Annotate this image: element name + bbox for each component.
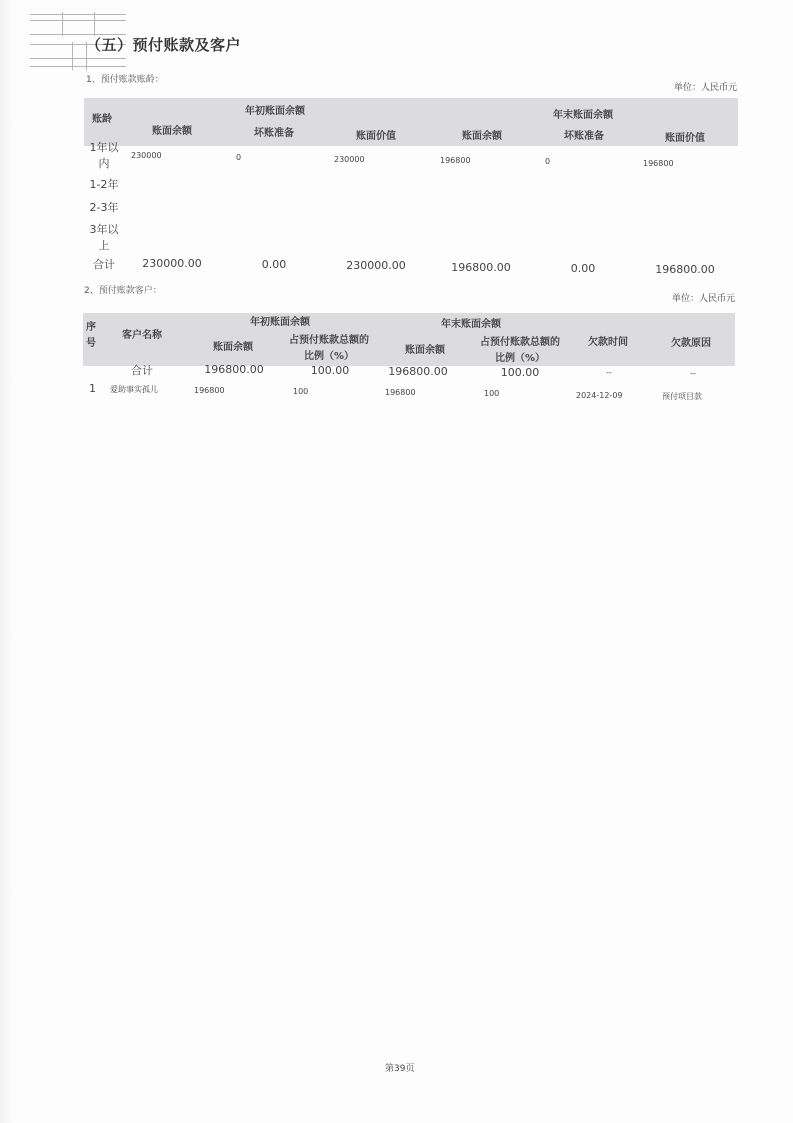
row-age-3plus-line2: 上 [99,237,110,253]
total-label: 合计 [93,256,115,272]
total-label: 合计 [131,362,153,378]
total-end-value: 196800.00 [655,263,715,276]
cell-begin-ratio: 100 [293,387,308,396]
header-seq-line2: 号 [86,334,96,349]
cell-begin-value: 230000 [334,155,365,164]
total-begin-balance: 230000.00 [142,257,202,270]
header-due-time: 欠款时间 [588,333,628,348]
total-end-balance: 196800.00 [388,365,448,378]
cell-begin-allowance: 0 [236,153,241,162]
row-age-1-2: 1-2年 [90,176,119,192]
cell-begin-balance: 230000 [131,151,162,160]
header-seq-line1: 序 [86,318,96,333]
customer-table-unit: 单位：人民币元 [672,291,735,304]
header-customer: 客户名称 [122,326,162,341]
total-begin-value: 230000.00 [346,259,406,272]
cell-end-balance: 196800 [385,388,416,397]
cell-end-allowance: 0 [545,157,550,166]
row-age-line1: 1年以 [90,139,119,155]
header-end-ratio-line1: 占预付账款总额的 [480,333,560,348]
row-age-2-3: 2-3年 [90,199,119,215]
header-end-value: 账面价值 [665,129,705,144]
cell-end-balance: 196800 [440,156,471,165]
cell-end-ratio: 100 [484,389,499,398]
total-due-time: -- [606,368,612,377]
cell-due-reason: 预付项目款 [662,391,702,402]
header-begin-allowance: 坏账准备 [254,124,294,139]
header-begin-balance: 账面余额 [213,338,253,353]
header-due-reason: 欠款原因 [671,334,711,349]
cell-customer: 爱助事实孤儿 [110,384,158,395]
scan-edge-shadow [0,0,14,1123]
header-end-group: 年末账面余额 [553,106,613,121]
header-begin-ratio-line1: 占预付账款总额的 [289,331,369,346]
customer-table-header [83,313,735,366]
header-begin-ratio-line2: 比例（%） [304,347,354,362]
total-begin-ratio: 100.00 [311,364,350,377]
page-number: 第39页 [385,1061,414,1074]
cell-begin-balance: 196800 [194,386,225,395]
header-end-allowance: 坏账准备 [564,127,604,142]
header-begin-balance: 账面余额 [152,122,192,137]
total-begin-balance: 196800.00 [204,363,264,376]
cell-end-value: 196800 [643,159,674,168]
row-age-line2: 内 [99,155,110,171]
total-begin-allowance: 0.00 [262,258,287,271]
header-begin-group: 年初账面余额 [245,102,305,117]
total-due-reason: -- [690,369,696,378]
header-age: 账龄 [92,110,112,125]
section-title: （五）预付账款及客户 [86,34,241,55]
total-end-balance: 196800.00 [451,261,511,274]
aging-table-unit: 单位：人民币元 [674,80,737,93]
header-end-ratio-line2: 比例（%） [495,349,545,364]
total-end-ratio: 100.00 [501,366,540,379]
header-end-group: 年末账面余额 [441,315,501,330]
aging-table-subtitle: 1、预付账款账龄： [86,72,164,85]
document-page: （五）预付账款及客户 1、预付账款账龄： 单位：人民币元 账龄 年初账面余额 年… [0,0,793,1123]
row-age-3plus-line1: 3年以 [90,221,119,237]
customer-table-subtitle: 2、预付账款客户： [84,283,162,296]
header-end-balance: 账面余额 [405,341,445,356]
header-begin-group: 年初账面余额 [250,313,310,328]
total-end-allowance: 0.00 [571,262,596,275]
cell-due-time: 2024-12-09 [576,391,623,400]
header-begin-value: 账面价值 [356,127,396,142]
header-end-balance: 账面余额 [462,127,502,142]
cell-seq: 1 [89,382,96,395]
